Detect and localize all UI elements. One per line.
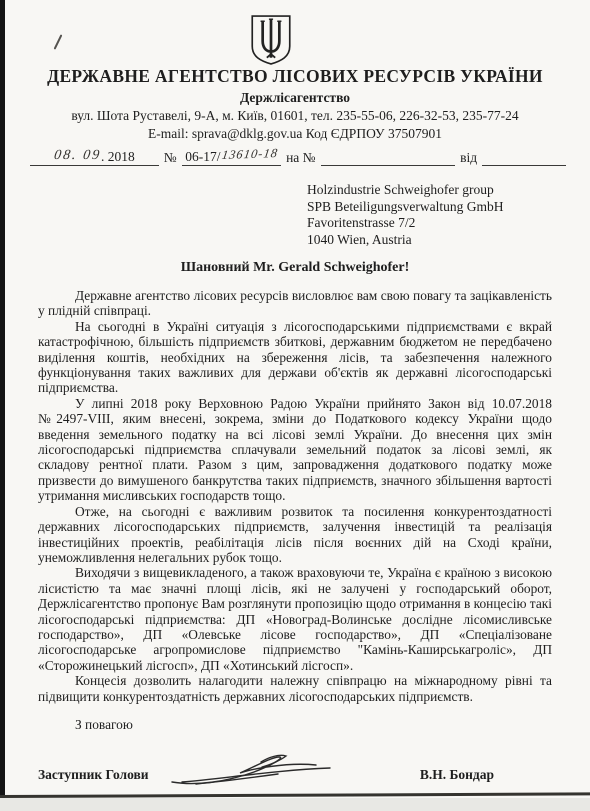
incoming-number-blank bbox=[321, 148, 456, 166]
agency-contact: E-mail: sprava@dklg.gov.ua Код ЄДРПОУ 37… bbox=[10, 126, 580, 142]
recipient-line: 1040 Wien, Austria bbox=[307, 232, 504, 249]
signature-scribble bbox=[166, 748, 346, 794]
outgoing-number-handwritten: 13610-18 bbox=[220, 146, 278, 163]
recipient-line: Favoritenstrasse 7/2 bbox=[307, 215, 504, 232]
signer-title: Заступник Голови bbox=[38, 767, 149, 782]
incoming-number-label: на № bbox=[286, 150, 315, 166]
letter-body: Державне агентство лісових ресурсів висл… bbox=[38, 288, 552, 794]
agency-name: ДЕРЖАВНЕ АГЕНТСТВО ЛІСОВИХ РЕСУРСІВ УКРА… bbox=[10, 66, 580, 87]
signature-row: Заступник Голови В.Н. Бондар bbox=[38, 754, 552, 794]
outgoing-number-field: 06-17/13610-18 bbox=[182, 148, 281, 166]
recipient-line: SPB Beteiligungsverwaltung GmbH bbox=[307, 199, 504, 216]
body-paragraph: Державне агентство лісових ресурсів висл… bbox=[38, 288, 552, 319]
recipient-address-block: Holzindustrie Schweighofer group SPB Bet… bbox=[307, 182, 504, 248]
scan-edge-artifact-left bbox=[0, 0, 5, 811]
outgoing-date-handwritten: 08. 09 bbox=[53, 148, 102, 164]
agency-address: вул. Шота Руставелі, 9-А, м. Київ, 01601… bbox=[10, 108, 580, 124]
recipient-line: Holzindustrie Schweighofer group bbox=[307, 182, 504, 199]
ukraine-trident-emblem-icon bbox=[250, 15, 292, 65]
body-paragraph: На сьогодні в Україні ситуація з лісогос… bbox=[38, 319, 552, 396]
scan-edge-artifact-bottom-band bbox=[0, 798, 590, 811]
scanned-letter-page: ДЕРЖАВНЕ АГЕНТСТВО ЛІСОВИХ РЕСУРСІВ УКРА… bbox=[0, 0, 590, 811]
letterhead: ДЕРЖАВНЕ АГЕНТСТВО ЛІСОВИХ РЕСУРСІВ УКРА… bbox=[10, 66, 580, 142]
body-paragraph: Отже, на сьогодні є важливим розвиток та… bbox=[38, 504, 552, 566]
signer-name: В.Н. Бондар bbox=[420, 767, 494, 782]
body-paragraph: У липні 2018 року Верховною Радою Україн… bbox=[38, 396, 552, 504]
number-sign-label: № bbox=[164, 150, 177, 166]
closing-regards: З повагою bbox=[75, 717, 552, 732]
from-date-label: від bbox=[460, 150, 477, 166]
outgoing-number-prefix: 06-17/ bbox=[185, 149, 220, 165]
body-paragraph: Концесія дозволить налагодити належну сп… bbox=[38, 673, 552, 704]
reference-line: 08. 09. 2018 № 06-17/13610-18 на № від bbox=[30, 148, 566, 166]
outgoing-date-year: . 2018 bbox=[101, 149, 135, 165]
agency-short-name: Держлісагентство bbox=[10, 90, 580, 106]
salutation: Шановний Mr. Gerald Schweighofer! bbox=[0, 260, 590, 276]
outgoing-date-field: 08. 09. 2018 bbox=[30, 148, 159, 166]
from-date-blank bbox=[482, 148, 566, 166]
body-paragraph: Виходячи з вищевикладеного, а також врах… bbox=[38, 565, 552, 673]
pen-mark-artifact bbox=[54, 34, 63, 49]
